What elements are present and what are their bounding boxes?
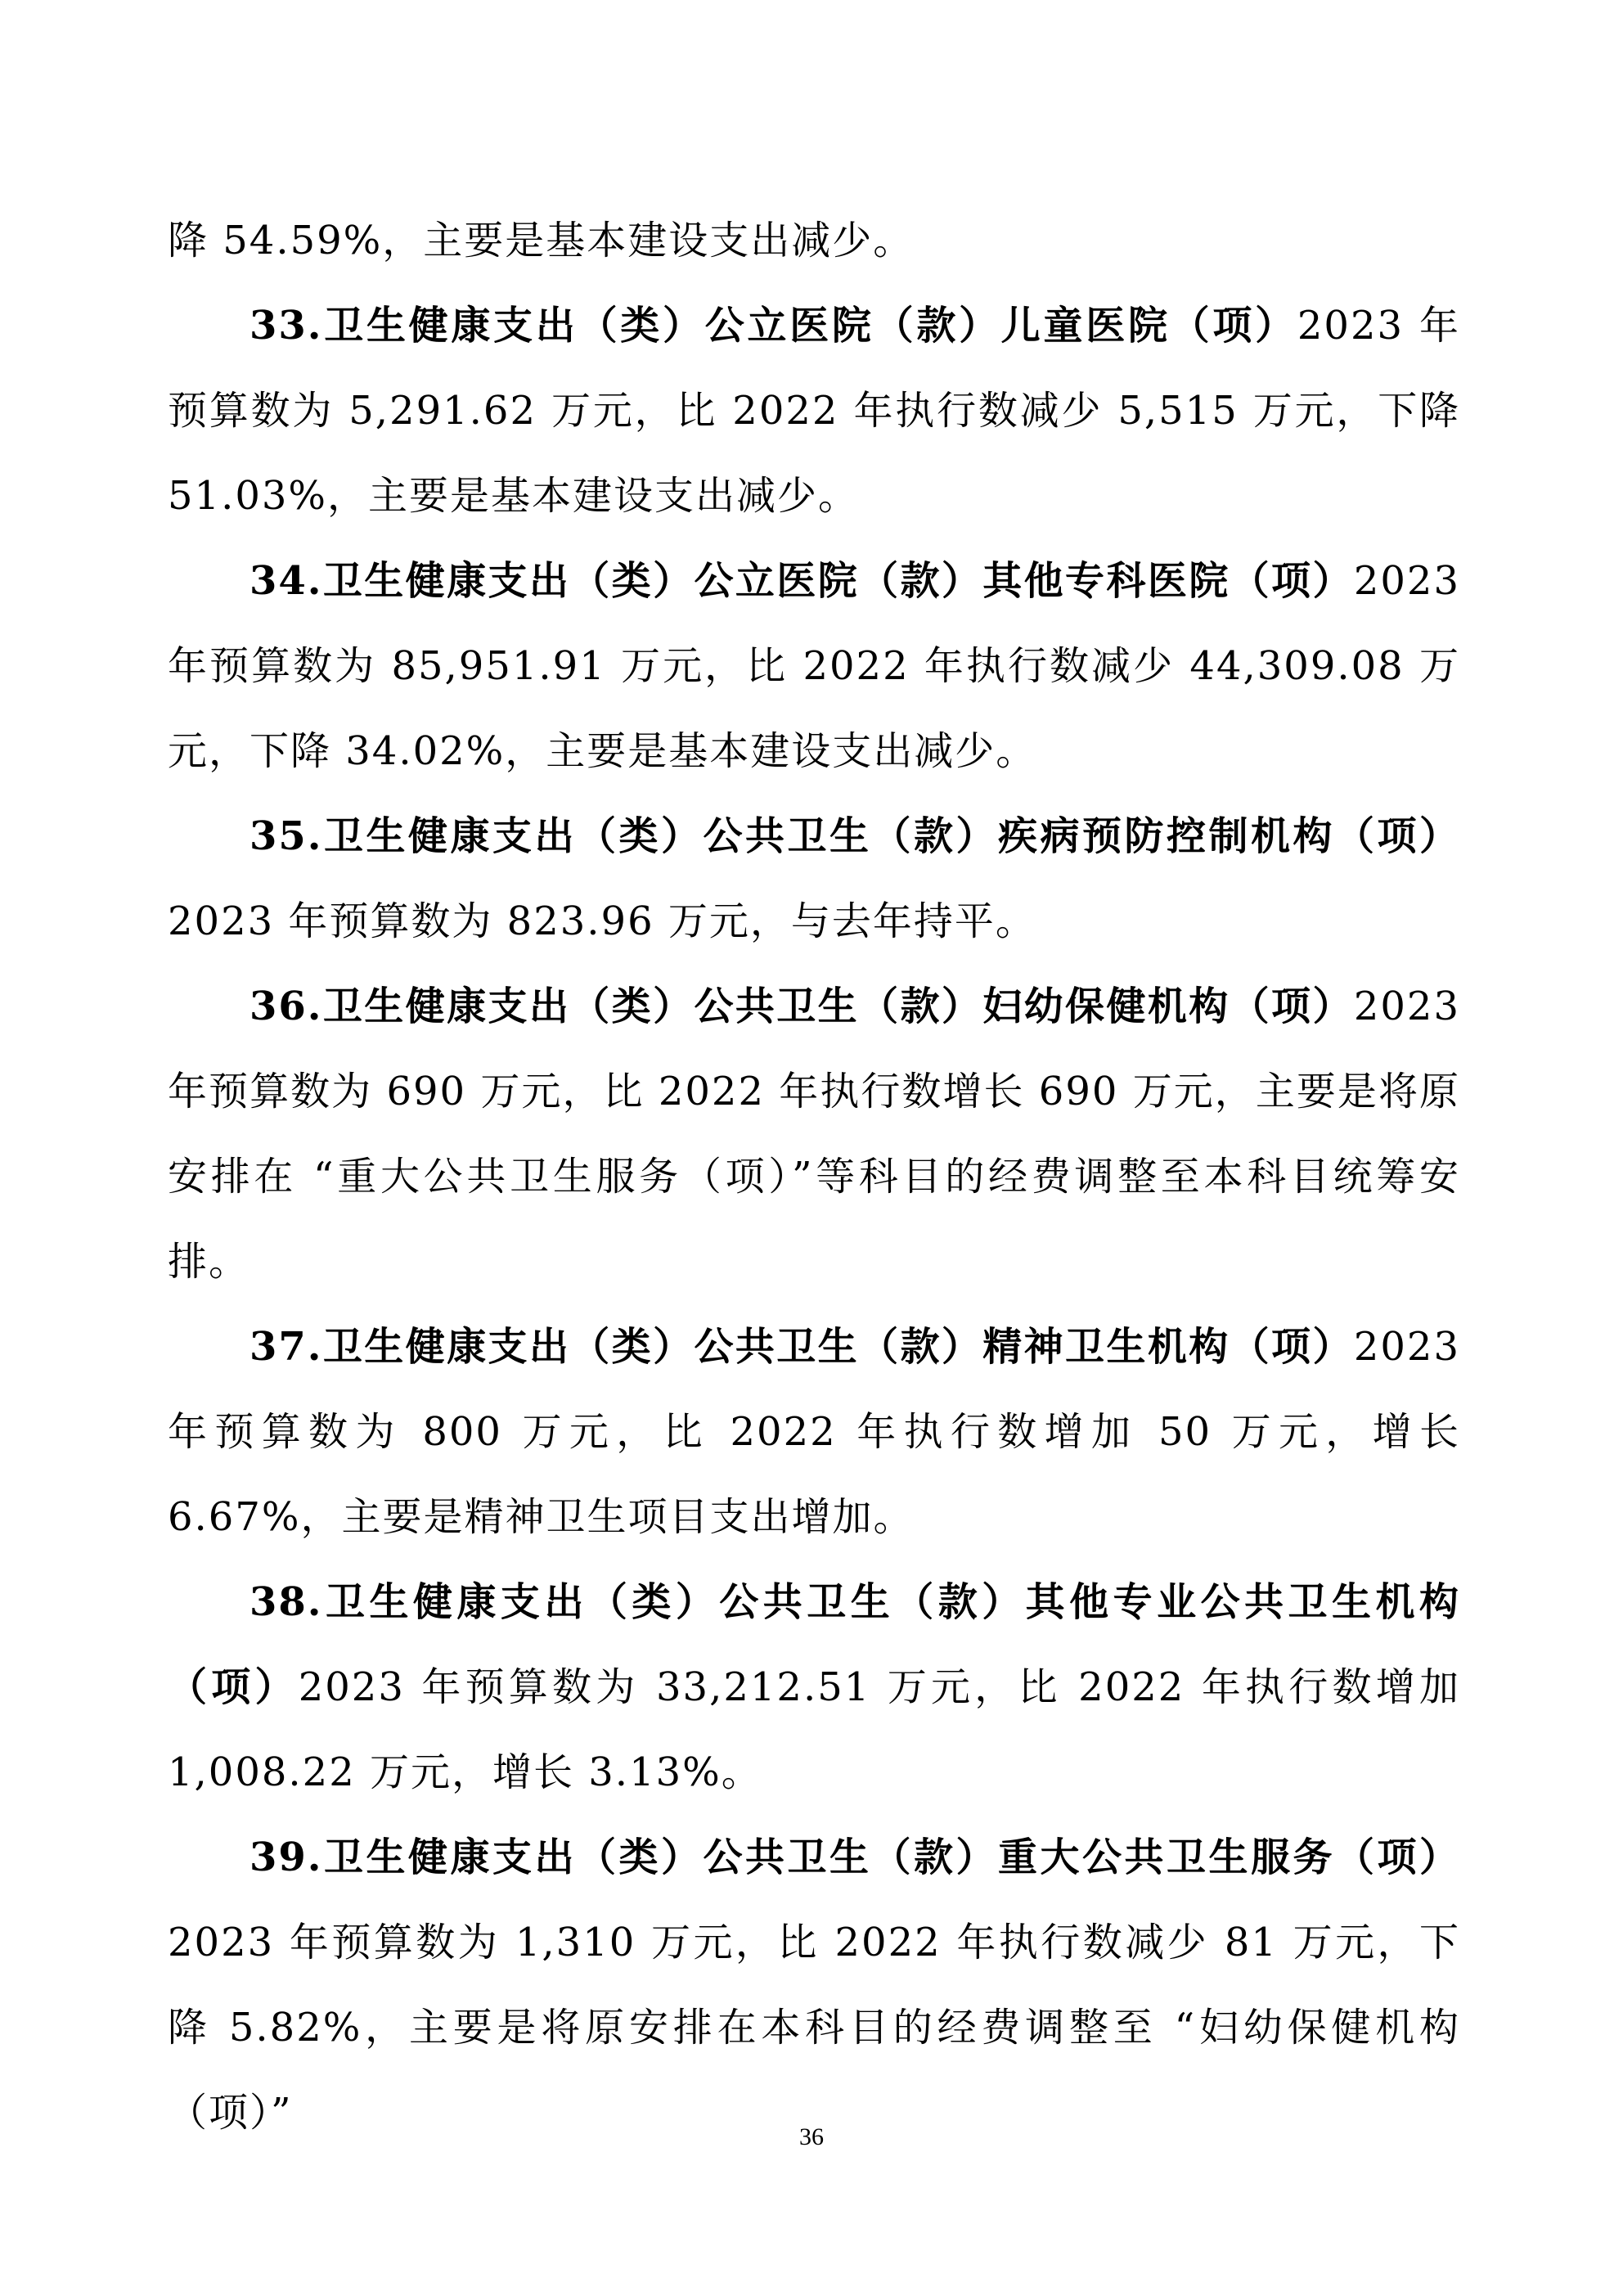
budget-item-38: 38.卫生健康支出（类）公共卫生（款）其他专业公共卫生机构（项）2023 年预算… bbox=[168, 1560, 1460, 1815]
item-body: 2023 年预算数为 823.96 万元，与去年持平。 bbox=[168, 898, 1036, 944]
item-heading: 39.卫生健康支出（类）公共卫生（款）重大公共卫生服务（项） bbox=[250, 1835, 1460, 1880]
budget-item-34: 34.卫生健康支出（类）公立医院（款）其他专科医院（项）2023 年预算数为 8… bbox=[168, 538, 1460, 794]
budget-item-37: 37.卫生健康支出（类）公共卫生（款）精神卫生机构（项）2023 年预算数为 8… bbox=[168, 1304, 1460, 1560]
document-page: 降 54.59%，主要是基本建设支出减少。 33.卫生健康支出（类）公立医院（款… bbox=[168, 198, 1460, 2155]
budget-item-35: 35.卫生健康支出（类）公共卫生（款）疾病预防控制机构（项）2023 年预算数为… bbox=[168, 794, 1460, 964]
item-body: 2023 年预算数为 1,310 万元，比 2022 年执行数减少 81 万元，… bbox=[168, 1920, 1460, 2136]
item-heading: 37.卫生健康支出（类）公共卫生（款）精神卫生机构（项） bbox=[250, 1324, 1354, 1370]
budget-item-33: 33.卫生健康支出（类）公立医院（款）儿童医院（项）2023 年预算数为 5,2… bbox=[168, 283, 1460, 538]
item-body: 2023 年预算数为 33,212.51 万元，比 2022 年执行数增加 1,… bbox=[168, 1664, 1460, 1795]
budget-item-39: 39.卫生健康支出（类）公共卫生（款）重大公共卫生服务（项）2023 年预算数为… bbox=[168, 1815, 1460, 2155]
item-heading: 36.卫生健康支出（类）公共卫生（款）妇幼保健机构（项） bbox=[250, 984, 1354, 1029]
paragraph-text: 降 54.59%，主要是基本建设支出减少。 bbox=[168, 218, 914, 263]
item-heading: 34.卫生健康支出（类）公立医院（款）其他专科医院（项） bbox=[250, 558, 1354, 604]
item-heading: 33.卫生健康支出（类）公立医院（款）儿童医院（项） bbox=[250, 303, 1297, 349]
continuation-paragraph: 降 54.59%，主要是基本建设支出减少。 bbox=[168, 198, 1460, 283]
item-heading: 35.卫生健康支出（类）公共卫生（款）疾病预防控制机构（项） bbox=[250, 813, 1460, 859]
budget-item-36: 36.卫生健康支出（类）公共卫生（款）妇幼保健机构（项）2023 年预算数为 6… bbox=[168, 964, 1460, 1304]
page-number: 36 bbox=[0, 2121, 1623, 2154]
